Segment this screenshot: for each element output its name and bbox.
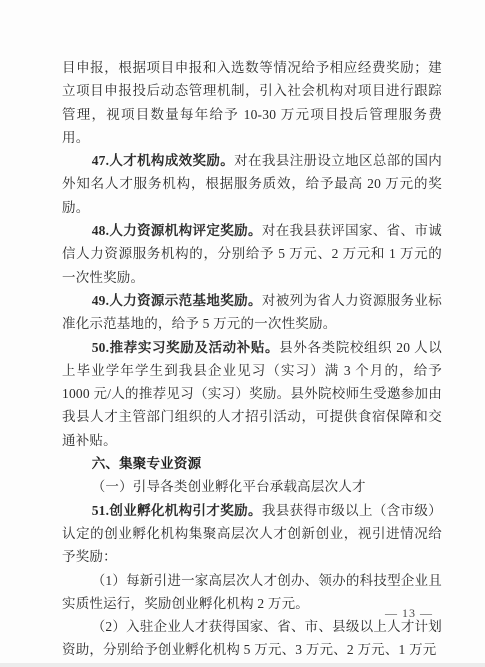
page-edge-shadow (0, 663, 485, 667)
item-title: 47.人才机构成效奖励。 (92, 153, 234, 168)
item-title: 49.人力资源示范基地奖励。 (92, 293, 262, 308)
page-number: — 13 — (385, 606, 433, 621)
paragraph-subitem-2: （2）入驻企业人才获得国家、省、市、县级以上人才计划资助，分别给予创业孵化机构 … (62, 615, 442, 662)
paragraph-item-47: 47.人才机构成效奖励。对在我县注册设立地区总部的国内外知名人才服务机构，根据服… (62, 149, 442, 219)
paragraph-item-49: 49.人力资源示范基地奖励。对被列为省人力资源服务业标准化示范基地的，给予 5 … (62, 289, 442, 336)
document-page: 目申报，根据项目申报和入选数等情况给予相应经费奖励；建立项目申报投后动态管理机制… (0, 0, 485, 667)
document-body: 目申报，根据项目申报和入选数等情况给予相应经费奖励；建立项目申报投后动态管理机制… (62, 56, 442, 662)
item-title: 48.人力资源机构评定奖励。 (92, 223, 262, 238)
paragraph-text: （2）入驻企业人才获得国家、省、市、县级以上人才计划资助，分别给予创业孵化机构 … (62, 619, 442, 657)
item-title: 50.推荐实习奖励及活动补贴。 (92, 340, 280, 355)
paragraph-text: 县外各类院校组织 20 人以上毕业学年学生到我县企业见习（实习）满 3 个月的，… (62, 340, 442, 448)
paragraph-text: 目申报，根据项目申报和入选数等情况给予相应经费奖励；建立项目申报投后动态管理机制… (62, 60, 442, 145)
subsection-heading: （一）引导各类创业孵化平台承载高层次人才 (62, 475, 442, 498)
paragraph-item-50: 50.推荐实习奖励及活动补贴。县外各类院校组织 20 人以上毕业学年学生到我县企… (62, 336, 442, 452)
section-heading: 六、集聚专业资源 (62, 452, 442, 475)
paragraph-item-51: 51.创业孵化机构引才奖励。我县获得市级以上（含市级）认定的创业孵化机构集聚高层… (62, 499, 442, 569)
paragraph-continuation: 目申报，根据项目申报和入选数等情况给予相应经费奖励；建立项目申报投后动态管理机制… (62, 56, 442, 149)
item-title: 51.创业孵化机构引才奖励。 (92, 503, 262, 518)
paragraph-item-48: 48.人力资源机构评定奖励。对在我县获评国家、省、市诚信人力资源服务机构的，分别… (62, 219, 442, 289)
